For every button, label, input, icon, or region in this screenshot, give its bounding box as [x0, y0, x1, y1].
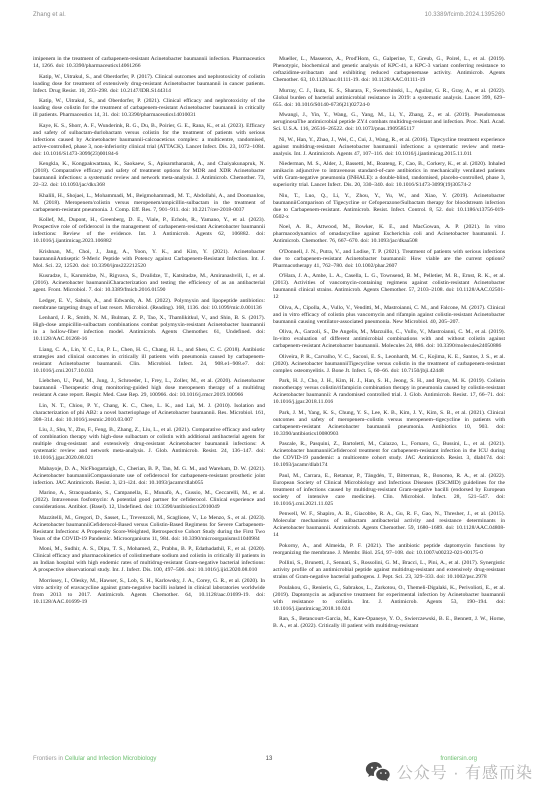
reference-entry: Park, J. M., Yang, K. S., Chung, Y. S., …	[273, 410, 505, 438]
reference-entry: O'Donnell, J. N., Putra, V., and Lodise,…	[273, 249, 505, 270]
reference-entry: Liang, C. A., Lin, Y. C., Lu, P. L., Che…	[33, 347, 265, 375]
reference-entry: Oliveira, P. R., Carvalho, V. C., Saconi…	[273, 354, 505, 375]
reference-entry: Mueller, L., Masseron, A., Prod'Hom, G.,…	[273, 56, 505, 84]
wechat-watermark: 公众号 · 有感而染	[365, 760, 533, 783]
reference-entry: Liu, J., Shu, Y., Zhu, F., Feng, B., Zha…	[33, 427, 265, 462]
reference-entry: Murray, C. J., Ikuta, K. S., Sharara, F.…	[273, 88, 505, 109]
references-section: imipenem in the treatment of carbapenem-…	[33, 56, 505, 634]
wechat-icon	[365, 761, 391, 782]
reference-entry: Oliva, A., Garzoli, S., De Angelis, M., …	[273, 329, 505, 350]
reference-entry: Ran, S., Betancourt-Garcia, M., Kare-Opa…	[273, 616, 505, 630]
reference-entry: Kaye, K. S., Shorr, A. F., Wunderink, R.…	[33, 123, 265, 158]
reference-entry: Kusradze, I., Karumidze, N., Rigvava, S.…	[33, 273, 265, 294]
reference-entry: Niederman, M. S., Alder, J., Bassetti, M…	[273, 161, 505, 189]
reference-entry: Marino, A., Stracquadanio, S., Campanell…	[33, 490, 265, 511]
reference-entry: Krishnan, M., Choi, J., Jang, A., Yoon, …	[33, 249, 265, 270]
reference-entry: Morrissey, I., Olesky, M., Hawser, S., L…	[33, 578, 265, 606]
reference-entry: Katip, W., Uitrakul, S., and Oberdorfer,…	[33, 98, 265, 119]
reference-entry: Kollef, M., Dupont, H., Greenberg, D. E.…	[33, 217, 265, 245]
reference-entry: Ni, W., Han, Y., Zhao, J., Wei, C., Cui,…	[273, 137, 505, 158]
reference-entry: Poulakou, G., Renieris, G., Sabrakos, L.…	[273, 585, 505, 613]
reference-entry: O'Hara, J. A., Ambe, L. A., Casella, L. …	[273, 273, 505, 301]
reference-entry: Mwangi, J., Yin, Y., Wang, G., Yang, M.,…	[273, 112, 505, 133]
reference-entry: Pascale, R., Pasquini, Z., Bartoletti, M…	[273, 441, 505, 469]
reference-entry: Ledger, E. V., Sabnis, A., and Edwards, …	[33, 298, 265, 312]
reference-entry: Khalili, H., Shojaei, L., Mohammadi, M.,…	[33, 193, 265, 214]
reference-entry: Oliva, A., Cipolla, A., Vullo, V., Vendi…	[273, 305, 505, 326]
reference-entry: Park, H. J., Cho, J. H., Kim, H. J., Han…	[273, 378, 505, 406]
reference-entry: Penwell, W. F., Shapiro, A. B., Giacobbe…	[273, 511, 505, 539]
reference-entry: Moni, M., Sudhir, A. S., Dipu, T. S., Mo…	[33, 546, 265, 574]
reference-entry: Pokorny, A., and Almeida, P. F. (2021). …	[273, 543, 505, 557]
reference-entry: Lenhard, J. R., Smith, N. M., Bulman, Z.…	[33, 315, 265, 343]
reference-entry: Pollini, S., Brunetti, J., Sennati, S., …	[273, 560, 505, 581]
reference-entry: Kengkla, K., Kongpakwattana, K., Saokaew…	[33, 161, 265, 189]
reference-entry: imipenem in the treatment of carbapenem-…	[33, 56, 265, 70]
reference-entry: Liebchen, U., Paul, M., Jung, J., Schroe…	[33, 378, 265, 399]
paper-page: Zhang et al. 10.3389/fcimb.2024.1395260 …	[0, 0, 535, 786]
reference-entry: Paul, M., Carrara, E., Retamar, P., Täng…	[273, 473, 505, 508]
running-author: Zhang et al.	[33, 12, 66, 18]
doi-text: 10.3389/fcimb.2024.1395260	[425, 12, 505, 18]
running-head: Zhang et al. 10.3389/fcimb.2024.1395260	[33, 12, 505, 18]
references-column-left: imipenem in the treatment of carbapenem-…	[33, 56, 265, 634]
reference-entry: Noel, A. R., Attwood, M., Bowker, K. E.,…	[273, 224, 505, 245]
reference-entry: Mazzitelli, M., Gregori, D., Sasset, L.,…	[33, 515, 265, 543]
reference-entry: Katip, W., Uitrakul, S., and Oberdorfer,…	[33, 74, 265, 95]
reference-entry: Mabayoje, D. A., NicFhogartaigh, C., Che…	[33, 466, 265, 487]
watermark-label: 公众号 · 有感而染	[397, 760, 533, 783]
reference-entry: Niu, T., Luo, Q., Li, Y., Zhou, Y., Yu, …	[273, 193, 505, 221]
reference-entry: Lin, N. T., Chiou, P. Y., Chang, K. C., …	[33, 403, 265, 424]
references-column-right: Mueller, L., Masseron, A., Prod'Hom, G.,…	[273, 56, 505, 634]
